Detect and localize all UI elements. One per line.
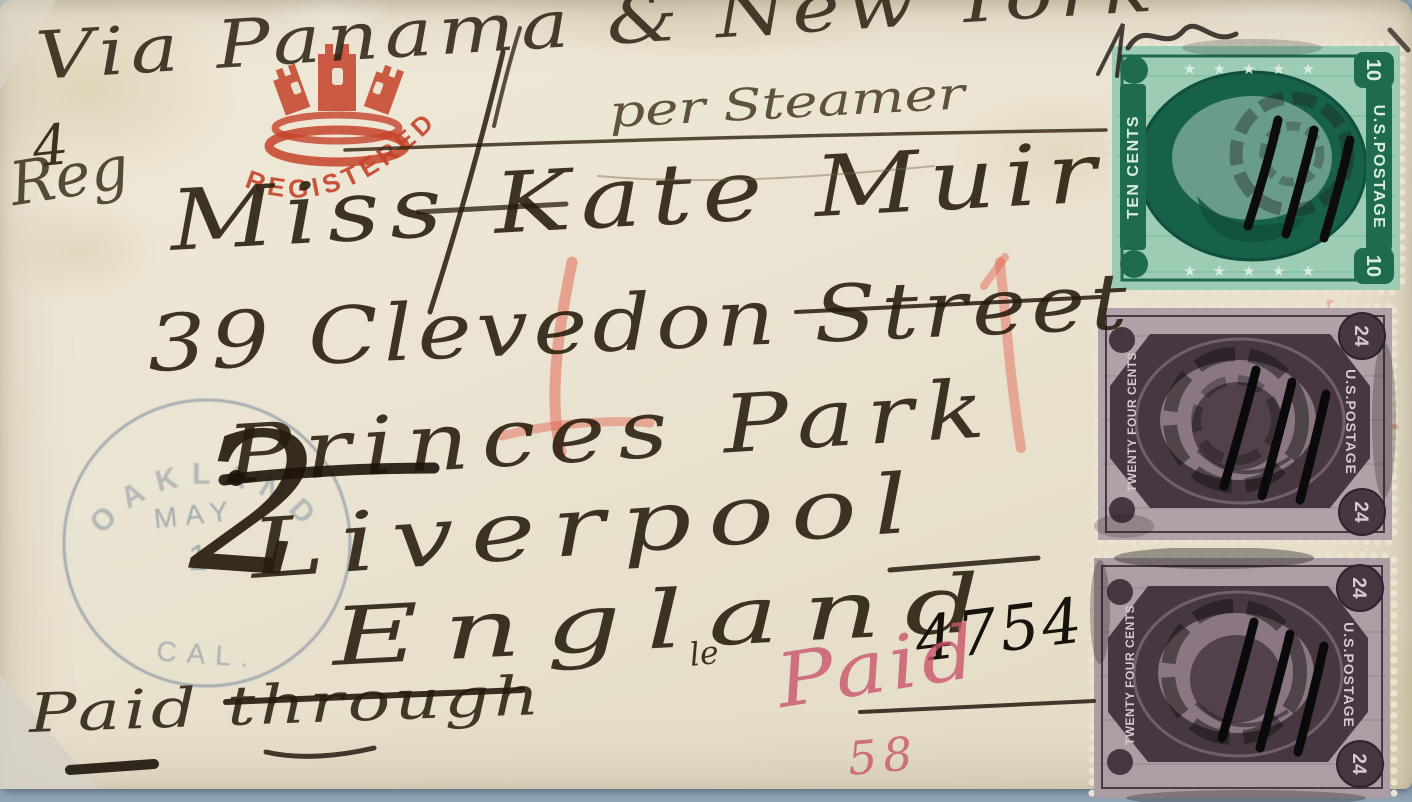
paid-through-note: Paid through xyxy=(28,670,544,739)
inscription-twenty-four-cents: TWENTY FOUR CENTS xyxy=(1125,352,1139,492)
inscription-us-postage: U.S.POSTAGE xyxy=(1341,622,1357,728)
denomination-24-bottom: 24 xyxy=(1348,753,1369,775)
manuscript-rate-2: 2 xyxy=(187,408,324,601)
docket-reg: Reg xyxy=(6,139,133,214)
denomination-10-top: 10 xyxy=(1362,59,1384,81)
stars-row-bottom: ★ ★ ★ ★ ★ xyxy=(1183,263,1321,280)
envelope-scan: OAKLAND MAY 1 CAL. REGISTERED xyxy=(0,0,1412,802)
small-note: le xyxy=(688,637,720,670)
paid-handstamp-number: 58 xyxy=(846,732,920,782)
inscription-us-postage: U.S.POSTAGE xyxy=(1343,369,1359,475)
denomination-24-top: 24 xyxy=(1350,325,1371,347)
postmark-state: CAL. xyxy=(156,635,260,673)
denomination-24-bottom: 24 xyxy=(1350,501,1371,523)
inscription-twenty-four-cents: TWENTY FOUR CENTS xyxy=(1123,605,1137,745)
inscription-ten-cents: TEN CENTS xyxy=(1125,115,1142,219)
inscription-us-postage: U.S.POSTAGE xyxy=(1370,105,1387,230)
stamp-purple-24c-bottom: TWENTY FOUR CENTS U.S.POSTAGE 24 24 xyxy=(1084,548,1402,802)
stamp-purple-24c-top: TWENTY FOUR CENTS U.S.POSTAGE 24 24 xyxy=(1088,300,1402,548)
denomination-10-bottom: 10 xyxy=(1362,255,1384,277)
stars-row-top: ★ ★ ★ ★ ★ xyxy=(1183,61,1321,78)
denomination-24-top: 24 xyxy=(1348,577,1369,599)
stamp-green-10c: ★ ★ ★ ★ ★ ★ ★ ★ ★ ★ TEN CENTS U.S.POSTAG… xyxy=(1102,36,1410,300)
